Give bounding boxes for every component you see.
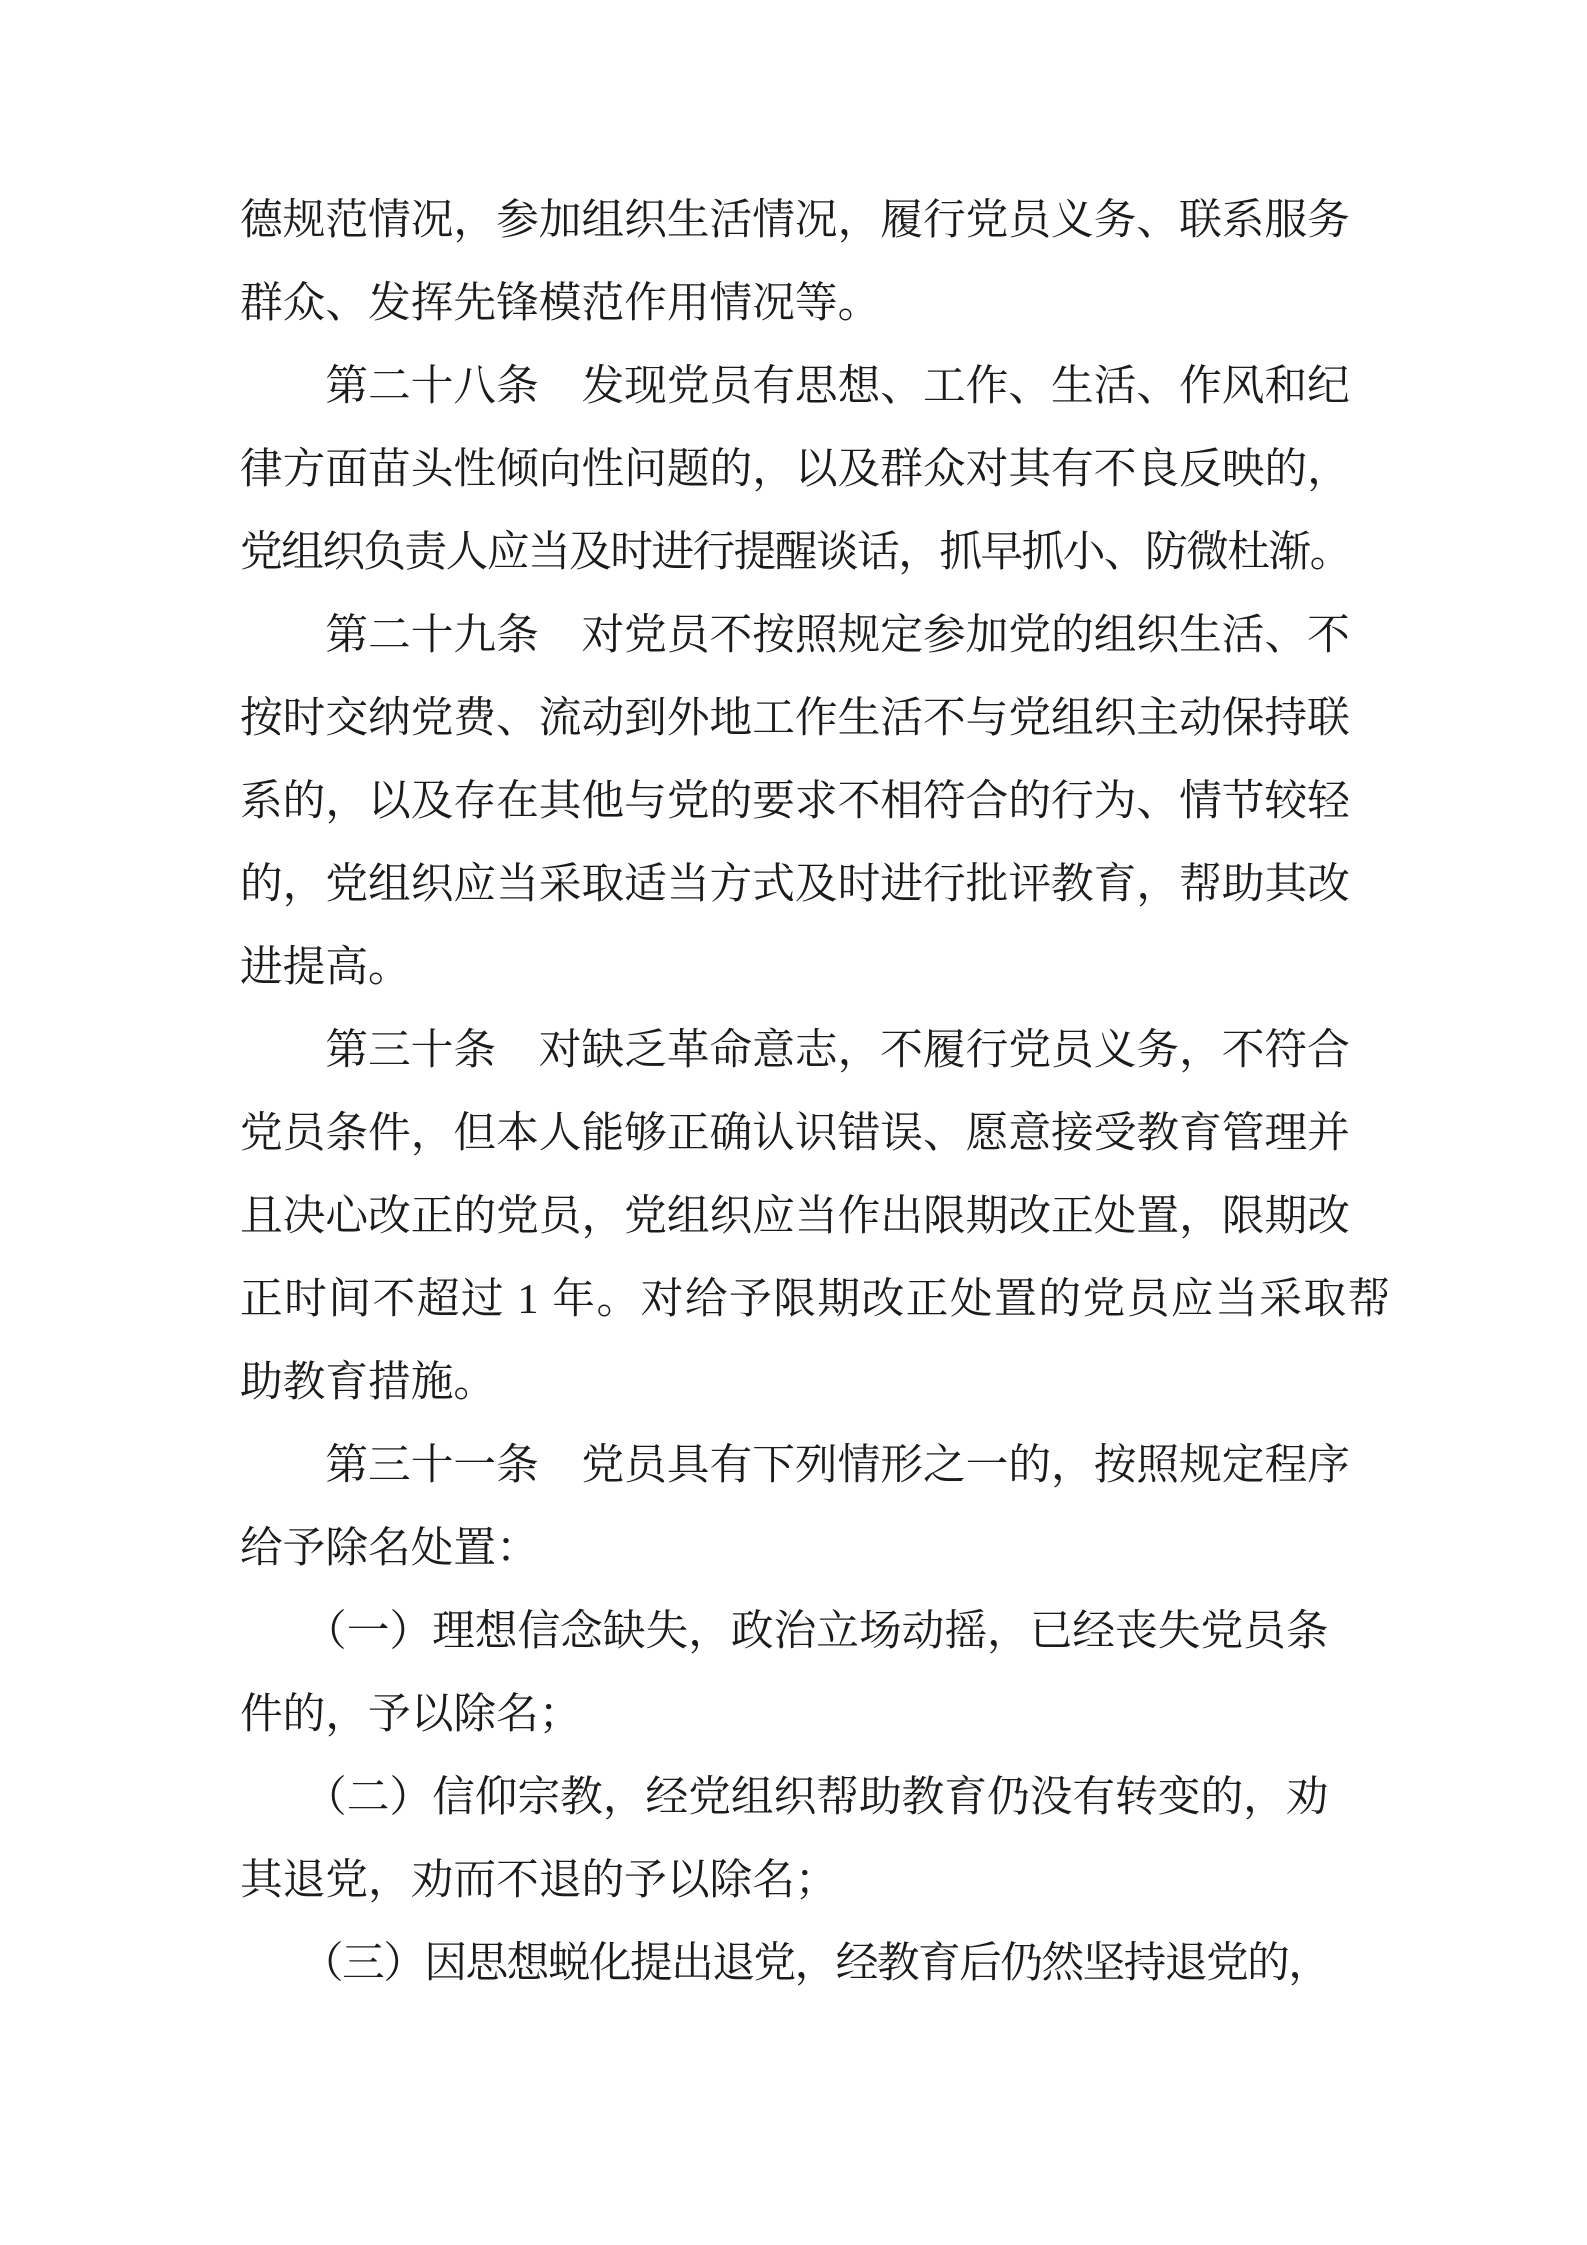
text-line: 且决心改正的党员，党组织应当作出限期改正处置，限期改 xyxy=(240,1175,1350,1258)
text-line: 助教育措施。 xyxy=(240,1341,1350,1424)
document-page: 德规范情况，参加组织生活情况，履行党员义务、联系服务群众、发挥先锋模范作用情况等… xyxy=(0,0,1587,2245)
paragraph-continuation: 德规范情况，参加组织生活情况，履行党员义务、联系服务群众、发挥先锋模范作用情况等… xyxy=(240,179,1350,345)
text-line: 群众、发挥先锋模范作用情况等。 xyxy=(240,262,1350,345)
text-line: 正时间不超过 1 年。对给予限期改正处置的党员应当采取帮 xyxy=(240,1258,1350,1341)
text-line: 德规范情况，参加组织生活情况，履行党员义务、联系服务 xyxy=(240,179,1350,262)
text-line: （一）理想信念缺失，政治立场动摇，已经丧失党员条 xyxy=(240,1590,1350,1673)
text-line: 件的，予以除名； xyxy=(240,1673,1350,1756)
paragraph-article-31-item-2: （二）信仰宗教，经党组织帮助教育仍没有转变的，劝其退党，劝而不退的予以除名； xyxy=(240,1756,1350,1922)
text-line: 党员条件，但本人能够正确认识错误、愿意接受教育管理并 xyxy=(240,1092,1350,1175)
text-line: 第二十九条 对党员不按照规定参加党的组织生活、不 xyxy=(240,594,1350,677)
text-line: 第三十条 对缺乏革命意志，不履行党员义务，不符合 xyxy=(240,1009,1350,1092)
text-line: 第三十一条 党员具有下列情形之一的，按照规定程序 xyxy=(240,1424,1350,1507)
paragraph-article-30: 第三十条 对缺乏革命意志，不履行党员义务，不符合党员条件，但本人能够正确认识错误… xyxy=(240,1009,1350,1424)
paragraph-article-28: 第二十八条 发现党员有思想、工作、生活、作风和纪律方面苗头性倾向性问题的，以及群… xyxy=(240,345,1350,594)
document-body: 德规范情况，参加组织生活情况，履行党员义务、联系服务群众、发挥先锋模范作用情况等… xyxy=(240,179,1350,2005)
text-line: 律方面苗头性倾向性问题的，以及群众对其有不良反映的， xyxy=(240,428,1350,511)
text-line: 第二十八条 发现党员有思想、工作、生活、作风和纪 xyxy=(240,345,1350,428)
text-line: 其退党，劝而不退的予以除名； xyxy=(240,1839,1350,1922)
text-line: 进提高。 xyxy=(240,926,1350,1009)
text-line: 的，党组织应当采取适当方式及时进行批评教育，帮助其改 xyxy=(240,843,1350,926)
text-line: （二）信仰宗教，经党组织帮助教育仍没有转变的，劝 xyxy=(240,1756,1350,1839)
paragraph-article-31-item-1: （一）理想信念缺失，政治立场动摇，已经丧失党员条件的，予以除名； xyxy=(240,1590,1350,1756)
text-line: 按时交纳党费、流动到外地工作生活不与党组织主动保持联 xyxy=(240,677,1350,760)
paragraph-article-29: 第二十九条 对党员不按照规定参加党的组织生活、不按时交纳党费、流动到外地工作生活… xyxy=(240,594,1350,1009)
text-line: （三）因思想蜕化提出退党，经教育后仍然坚持退党的， xyxy=(240,1922,1350,2005)
paragraph-article-31-item-3: （三）因思想蜕化提出退党，经教育后仍然坚持退党的， xyxy=(240,1922,1350,2005)
text-line: 党组织负责人应当及时进行提醒谈话，抓早抓小、防微杜渐。 xyxy=(240,511,1350,594)
text-line: 系的，以及存在其他与党的要求不相符合的行为、情节较轻 xyxy=(240,760,1350,843)
text-line: 给予除名处置： xyxy=(240,1507,1350,1590)
paragraph-article-31-intro: 第三十一条 党员具有下列情形之一的，按照规定程序给予除名处置： xyxy=(240,1424,1350,1590)
